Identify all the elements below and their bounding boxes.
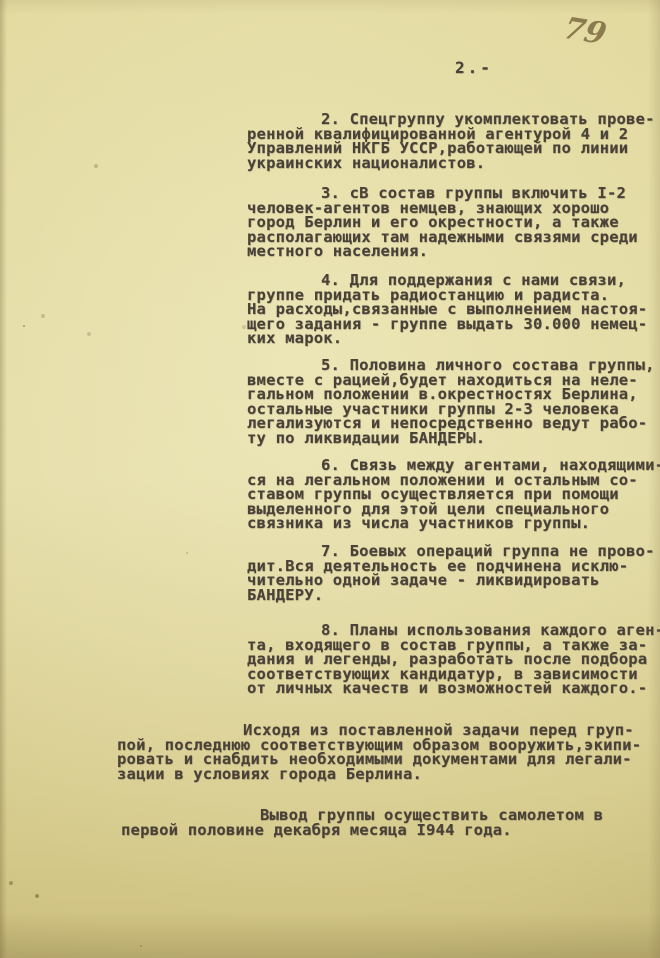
typed-paragraph-item-4: 4. Для поддержания с нами связи, группе … <box>247 273 660 346</box>
handwritten-folio-number: 79 <box>560 11 610 52</box>
typed-paragraph-item-2: 2. Спецгруппу укомплектовать прове- ренн… <box>247 112 660 170</box>
typed-paragraph-closing-deployment: Вывод группы осуществить самолетом в пер… <box>121 808 660 837</box>
typed-paragraph-item-8: 8. Планы использования каждого аген- та,… <box>247 623 660 696</box>
scanned-document-page: 79 2.- 2. Спецгруппу укомплектовать пров… <box>0 0 660 958</box>
typed-paragraph-item-5: 5. Половина личного состава группы, вмес… <box>247 358 660 445</box>
typed-paragraph-item-6: 6. Связь между агентами, находящими- ся … <box>247 458 660 531</box>
typed-paragraph-item-7: 7. Боевых операций группа не прово- дит.… <box>247 544 660 602</box>
typed-paragraph-item-3: 3. сВ состав группы включить I-2 человек… <box>247 186 660 259</box>
paper-specks <box>0 0 2 2</box>
typed-paragraph-closing-equipment: Исходя из поставленной задачи перед груп… <box>117 723 660 781</box>
page-number: 2.- <box>455 58 493 77</box>
